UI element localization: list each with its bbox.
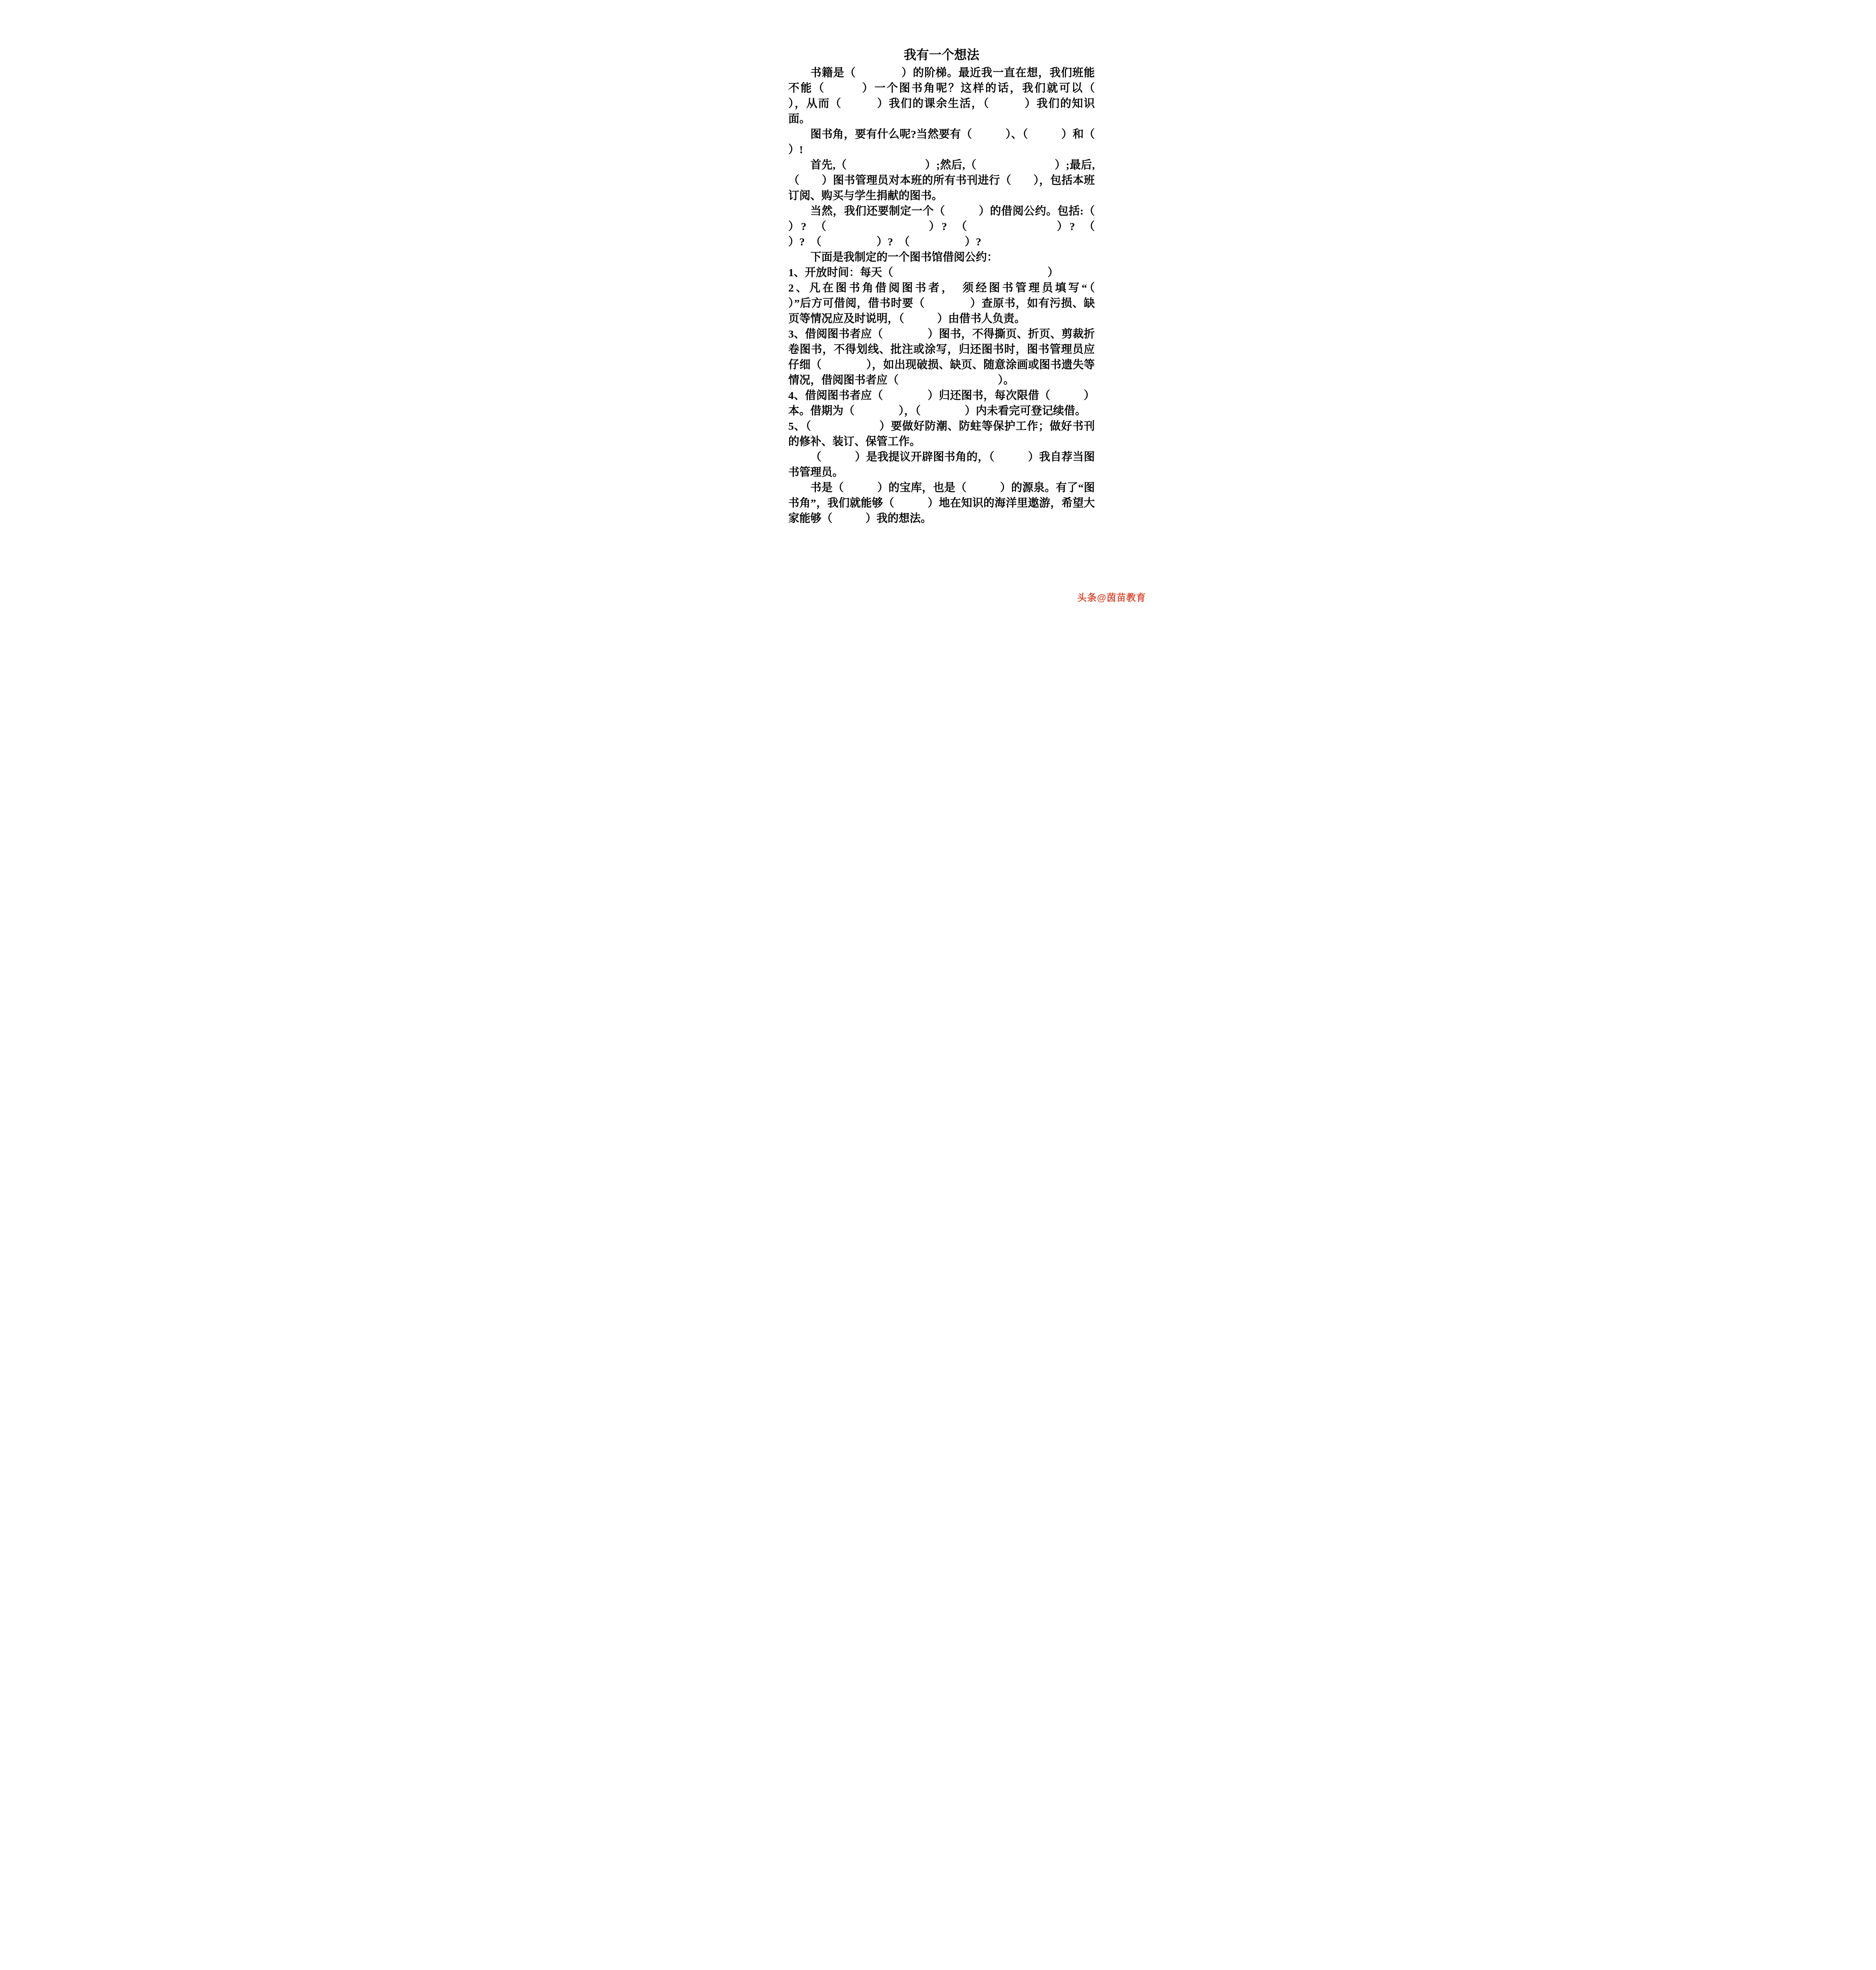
watermark: 头条@茵苗教育 bbox=[1077, 590, 1146, 604]
paragraph-proposal: （ ）是我提议开辟图书角的，（ ）我自荐当图书管理员。 bbox=[788, 450, 1095, 480]
document-page: 我有一个想法 书籍是（ ）的阶梯。最近我一直在想，我们班能不能（ ）一个图书角呢… bbox=[721, 0, 1155, 613]
paragraph-opening: 书籍是（ ）的阶梯。最近我一直在想，我们班能不能（ ）一个图书角呢？这样的话，我… bbox=[788, 65, 1095, 127]
rules-intro: 下面是我制定的一个图书馆借阅公约： bbox=[788, 250, 1095, 265]
rule-item-5: 5、（ ）要做好防潮、防蛀等保护工作；做好书刊的修补、装订、保管工作。 bbox=[788, 419, 1095, 450]
paragraph-steps: 首先,（ ）;然后,（ ）;最后,（ ）图书管理员对本班的所有书刊进行（ ），包… bbox=[788, 158, 1095, 204]
rule-item-4: 4、借阅图书者应（ ）归还图书，每次限借（ ）本。借期为（ ），（ ）内未看完可… bbox=[788, 388, 1095, 419]
rule-item-1: 1、开放时间：每天（ ） bbox=[788, 265, 1095, 281]
rule-item-3: 3、借阅图书者应（ ）图书，不得撕页、折页、剪裁折卷图书，不得划线、批注或涂写，… bbox=[788, 327, 1095, 388]
rule-item-2: 2、凡在图书角借阅图书者， 须经图书管理员填写“（ ）”后方可借阅，借书时要（ … bbox=[788, 281, 1095, 327]
paragraph-closing: 书是（ ）的宝库，也是（ ）的源泉。有了“图书角”，我们就能够（ ）地在知识的海… bbox=[788, 480, 1095, 526]
document-content: 我有一个想法 书籍是（ ）的阶梯。最近我一直在想，我们班能不能（ ）一个图书角呢… bbox=[788, 46, 1095, 526]
document-title: 我有一个想法 bbox=[788, 46, 1095, 64]
paragraph-contents: 图书角，要有什么呢?当然要有（ ）、（ ）和（ ）! bbox=[788, 127, 1095, 158]
paragraph-questions: 当然，我们还要制定一个（ ）的借阅公约。包括:（ ）? （ ）? （ ）? （ … bbox=[788, 204, 1095, 250]
